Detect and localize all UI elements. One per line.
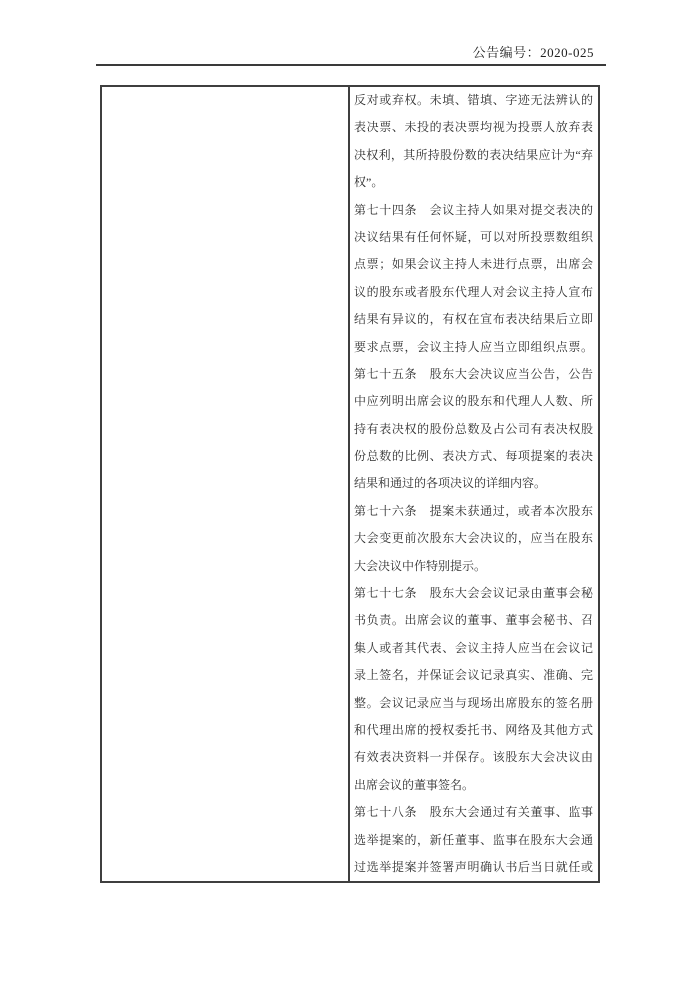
text-line: 大会变更前次股东大会决议的，应当在股东	[354, 525, 593, 552]
text-line: 持有表决权的股份总数及占公司有表决权股	[354, 416, 593, 443]
text-line: 中应列明出席会议的股东和代理人人数、所	[354, 388, 593, 415]
announcement-number: 公告编号：2020-025	[473, 42, 594, 61]
text-line: 第七十六条 提案未获通过，或者本次股东	[354, 498, 593, 525]
text-line: 大会决议中作特别提示。	[354, 553, 593, 580]
text-line: 决权利，其所持股份数的表决结果应计为“弃	[354, 142, 593, 169]
text-line: 反对或弃权。未填、错填、字迹无法辨认的	[354, 87, 593, 114]
text-line: 第七十五条 股东大会决议应当公告，公告	[354, 361, 593, 388]
text-line: 出席会议的董事签名。	[354, 772, 593, 799]
text-line: 录上签名，并保证会议记录真实、准确、完	[354, 662, 593, 689]
text-line: 第七十四条 会议主持人如果对提交表决的	[354, 197, 593, 224]
text-line: 过选举提案并签署声明确认书后当日就任或	[354, 854, 593, 881]
table-cell-clause-text: 反对或弃权。未填、错填、字迹无法辨认的表决票、未投的表决票均视为投票人放弃表决权…	[350, 87, 598, 881]
text-line: 权”。	[354, 169, 593, 196]
text-line: 议的股东或者股东代理人对会议主持人宣布	[354, 279, 593, 306]
text-line: 点票；如果会议主持人未进行点票，出席会	[354, 251, 593, 278]
text-line: 第七十七条 股东大会会议记录由董事会秘	[354, 580, 593, 607]
text-line: 集人或者其代表、会议主持人应当在会议记	[354, 635, 593, 662]
text-line: 整。会议记录应当与现场出席股东的签名册	[354, 690, 593, 717]
text-line: 表决票、未投的表决票均视为投票人放弃表	[354, 114, 593, 141]
text-line: 书负责。出席会议的董事、董事会秘书、召	[354, 607, 593, 634]
text-line: 选举提案的，新任董事、监事在股东大会通	[354, 827, 593, 854]
text-line: 决议结果有任何怀疑，可以对所投票数组织	[354, 224, 593, 251]
text-line: 份总数的比例、表决方式、每项提案的表决	[354, 443, 593, 470]
text-line: 结果和通过的各项决议的详细内容。	[354, 470, 593, 497]
text-line: 结果有异议的，有权在宣布表决结果后立即	[354, 306, 593, 333]
document-page: 公告编号：2020-025 反对或弃权。未填、错填、字迹无法辨认的表决票、未投的…	[0, 0, 700, 990]
text-line: 和代理出席的授权委托书、网络及其他方式	[354, 717, 593, 744]
text-line: 要求点票，会议主持人应当立即组织点票。	[354, 334, 593, 361]
header-divider-line	[96, 64, 606, 66]
text-line: 第七十八条 股东大会通过有关董事、监事	[354, 799, 593, 826]
articles-table: 反对或弃权。未填、错填、字迹无法辨认的表决票、未投的表决票均视为投票人放弃表决权…	[100, 85, 600, 883]
text-line: 有效表决资料一并保存。该股东大会决议由	[354, 744, 593, 771]
table-cell-left-empty	[102, 87, 350, 881]
